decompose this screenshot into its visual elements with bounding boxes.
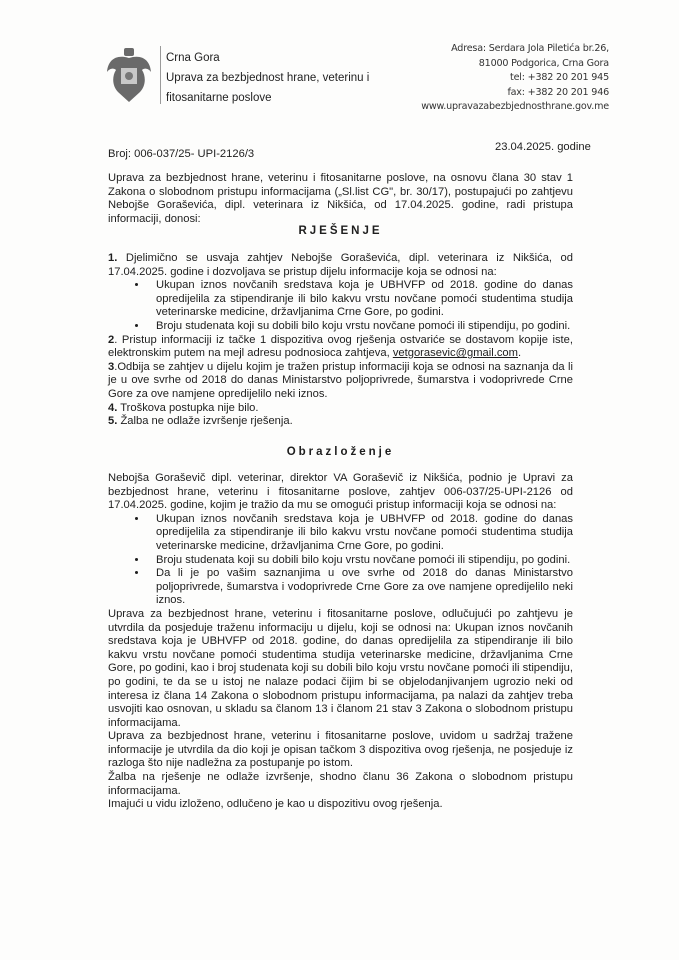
list-item: Ukupan iznos novčanih sredstava koja je … bbox=[148, 513, 573, 554]
point-2: 2. Pristup informaciji iz tačke 1 dispoz… bbox=[108, 334, 573, 361]
reasoning-paragraph: Uprava za bezbjednost hrane, veterinu i … bbox=[108, 608, 573, 730]
list-item: Broju studenata koji su dobili bilo koju… bbox=[148, 554, 573, 568]
org-line: Crna Gora bbox=[166, 48, 369, 68]
list-item: Broju studenata koji su dobili bilo koju… bbox=[148, 320, 573, 334]
point-5: 5. Žalba ne odlaže izvršenje rješenja. bbox=[108, 415, 573, 429]
decision-title: RJEŠENJE bbox=[108, 225, 573, 237]
city-line: 81000 Podgorica, Crna Gora bbox=[421, 57, 609, 72]
reasoning-paragraph: Uprava za bezbjednost hrane, veterinu i … bbox=[108, 730, 573, 771]
reasoning-paragraph: Nebojša Goraševič dipl. veterinar, direk… bbox=[108, 472, 573, 513]
document-date: 23.04.2025. godine bbox=[495, 141, 591, 153]
reasoning-list: Ukupan iznos novčanih sredstava koja je … bbox=[108, 513, 573, 608]
document-number: Broj: 006-037/25- UPI-2126/3 bbox=[108, 148, 254, 160]
intro-paragraph: Uprava za bezbjednost hrane, veterinu i … bbox=[108, 172, 573, 226]
list-item: Ukupan iznos novčanih sredstava koja je … bbox=[148, 279, 573, 320]
organization-name: Crna Gora Uprava za bezbjednost hrane, v… bbox=[166, 48, 369, 108]
phone: tel: +382 20 201 945 bbox=[421, 71, 609, 86]
point-1-list: Ukupan iznos novčanih sredstava koja je … bbox=[108, 279, 573, 333]
coat-of-arms-icon bbox=[104, 46, 154, 104]
reasoning-body: Nebojša Goraševič dipl. veterinar, direk… bbox=[108, 472, 573, 812]
reasoning-paragraph: Imajući u vidu izloženo, odlučeno je kao… bbox=[108, 798, 573, 812]
decision-body: 1. Djelimično se usvaja zahtjev Nebojše … bbox=[108, 252, 573, 429]
header-divider bbox=[160, 46, 161, 104]
email-link[interactable]: vetgorasevic@gmail.com bbox=[393, 347, 518, 359]
reasoning-paragraph: Žalba na rješenje ne odlaže izvršenje, s… bbox=[108, 771, 573, 798]
reasoning-title: Obrazloženje bbox=[108, 446, 573, 458]
contact-block: Adresa: Serdara Jola Piletića br.26, 810… bbox=[421, 42, 609, 115]
org-line: fitosanitarne poslove bbox=[166, 88, 369, 108]
fax: fax: +382 20 201 946 bbox=[421, 86, 609, 101]
point-1: 1. Djelimično se usvaja zahtjev Nebojše … bbox=[108, 252, 573, 279]
website-link[interactable]: www.upravazabezbjednosthrane.gov.me bbox=[421, 100, 609, 115]
org-line: Uprava za bezbjednost hrane, veterinu i bbox=[166, 68, 369, 88]
address-line: Adresa: Serdara Jola Piletića br.26, bbox=[421, 42, 609, 57]
point-3: 3.Odbija se zahtjev u dijelu kojim je tr… bbox=[108, 361, 573, 402]
point-4: 4. Troškova postupka nije bilo. bbox=[108, 402, 573, 416]
list-item: Da li je po vašim saznanjima u ove svrhe… bbox=[148, 567, 573, 608]
